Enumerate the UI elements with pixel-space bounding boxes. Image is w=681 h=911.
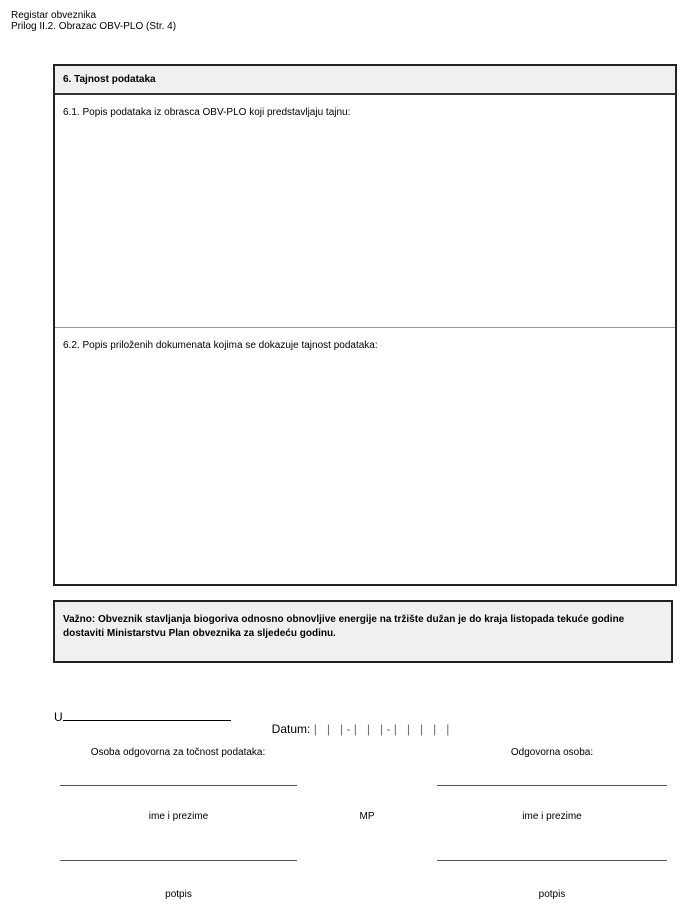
place-input-line[interactable] [63, 708, 231, 721]
important-note: Važno: Obveznik stavljanja biogoriva odn… [53, 600, 673, 663]
right-signatory-heading: Odgovorna osoba: [437, 747, 667, 758]
right-signature-line[interactable] [437, 860, 667, 861]
field-6-2[interactable]: 6.2. Popis priloženih dokumenata kojima … [55, 328, 675, 584]
date-field[interactable]: Datum: | | | - | | | - | | | | | [265, 708, 449, 736]
left-signatory-heading: Osoba odgovorna za točnost podataka: [60, 747, 296, 758]
right-name-line[interactable] [437, 785, 667, 786]
left-name-label: ime i prezime [60, 811, 297, 822]
section-6-box: 6. Tajnost podataka 6.1. Popis podataka … [53, 64, 677, 586]
note-line-1: Važno: Obveznik stavljanja biogoriva odn… [63, 613, 671, 627]
document-header: Registar obveznika Prilog II.2. Obrazac … [11, 10, 176, 32]
field-6-1[interactable]: 6.1. Popis podataka iz obrasca OBV-PLO k… [55, 95, 675, 328]
header-form-ref: Prilog II.2. Obrazac OBV-PLO (Str. 4) [11, 21, 176, 32]
left-signature-line[interactable] [60, 860, 297, 861]
left-signature-label: potpis [60, 889, 297, 900]
date-label: Datum: [272, 722, 311, 736]
right-name-label: ime i prezime [437, 811, 667, 822]
field-6-2-label: 6.2. Popis priloženih dokumenata kojima … [63, 340, 378, 351]
section-6-title: 6. Tajnost podataka [55, 66, 675, 95]
stamp-label: MP [337, 811, 397, 822]
header-registry: Registar obveznika [11, 10, 176, 21]
place-prefix: U [54, 710, 63, 724]
date-cells[interactable]: | | | - | | | - | | | | | [314, 722, 450, 736]
field-6-1-label: 6.1. Popis podataka iz obrasca OBV-PLO k… [63, 107, 350, 118]
left-name-line[interactable] [60, 785, 297, 786]
place-field[interactable]: U [54, 708, 231, 724]
right-signature-label: potpis [437, 889, 667, 900]
note-line-2: dostaviti Ministarstvu Plan obveznika za… [63, 627, 671, 641]
